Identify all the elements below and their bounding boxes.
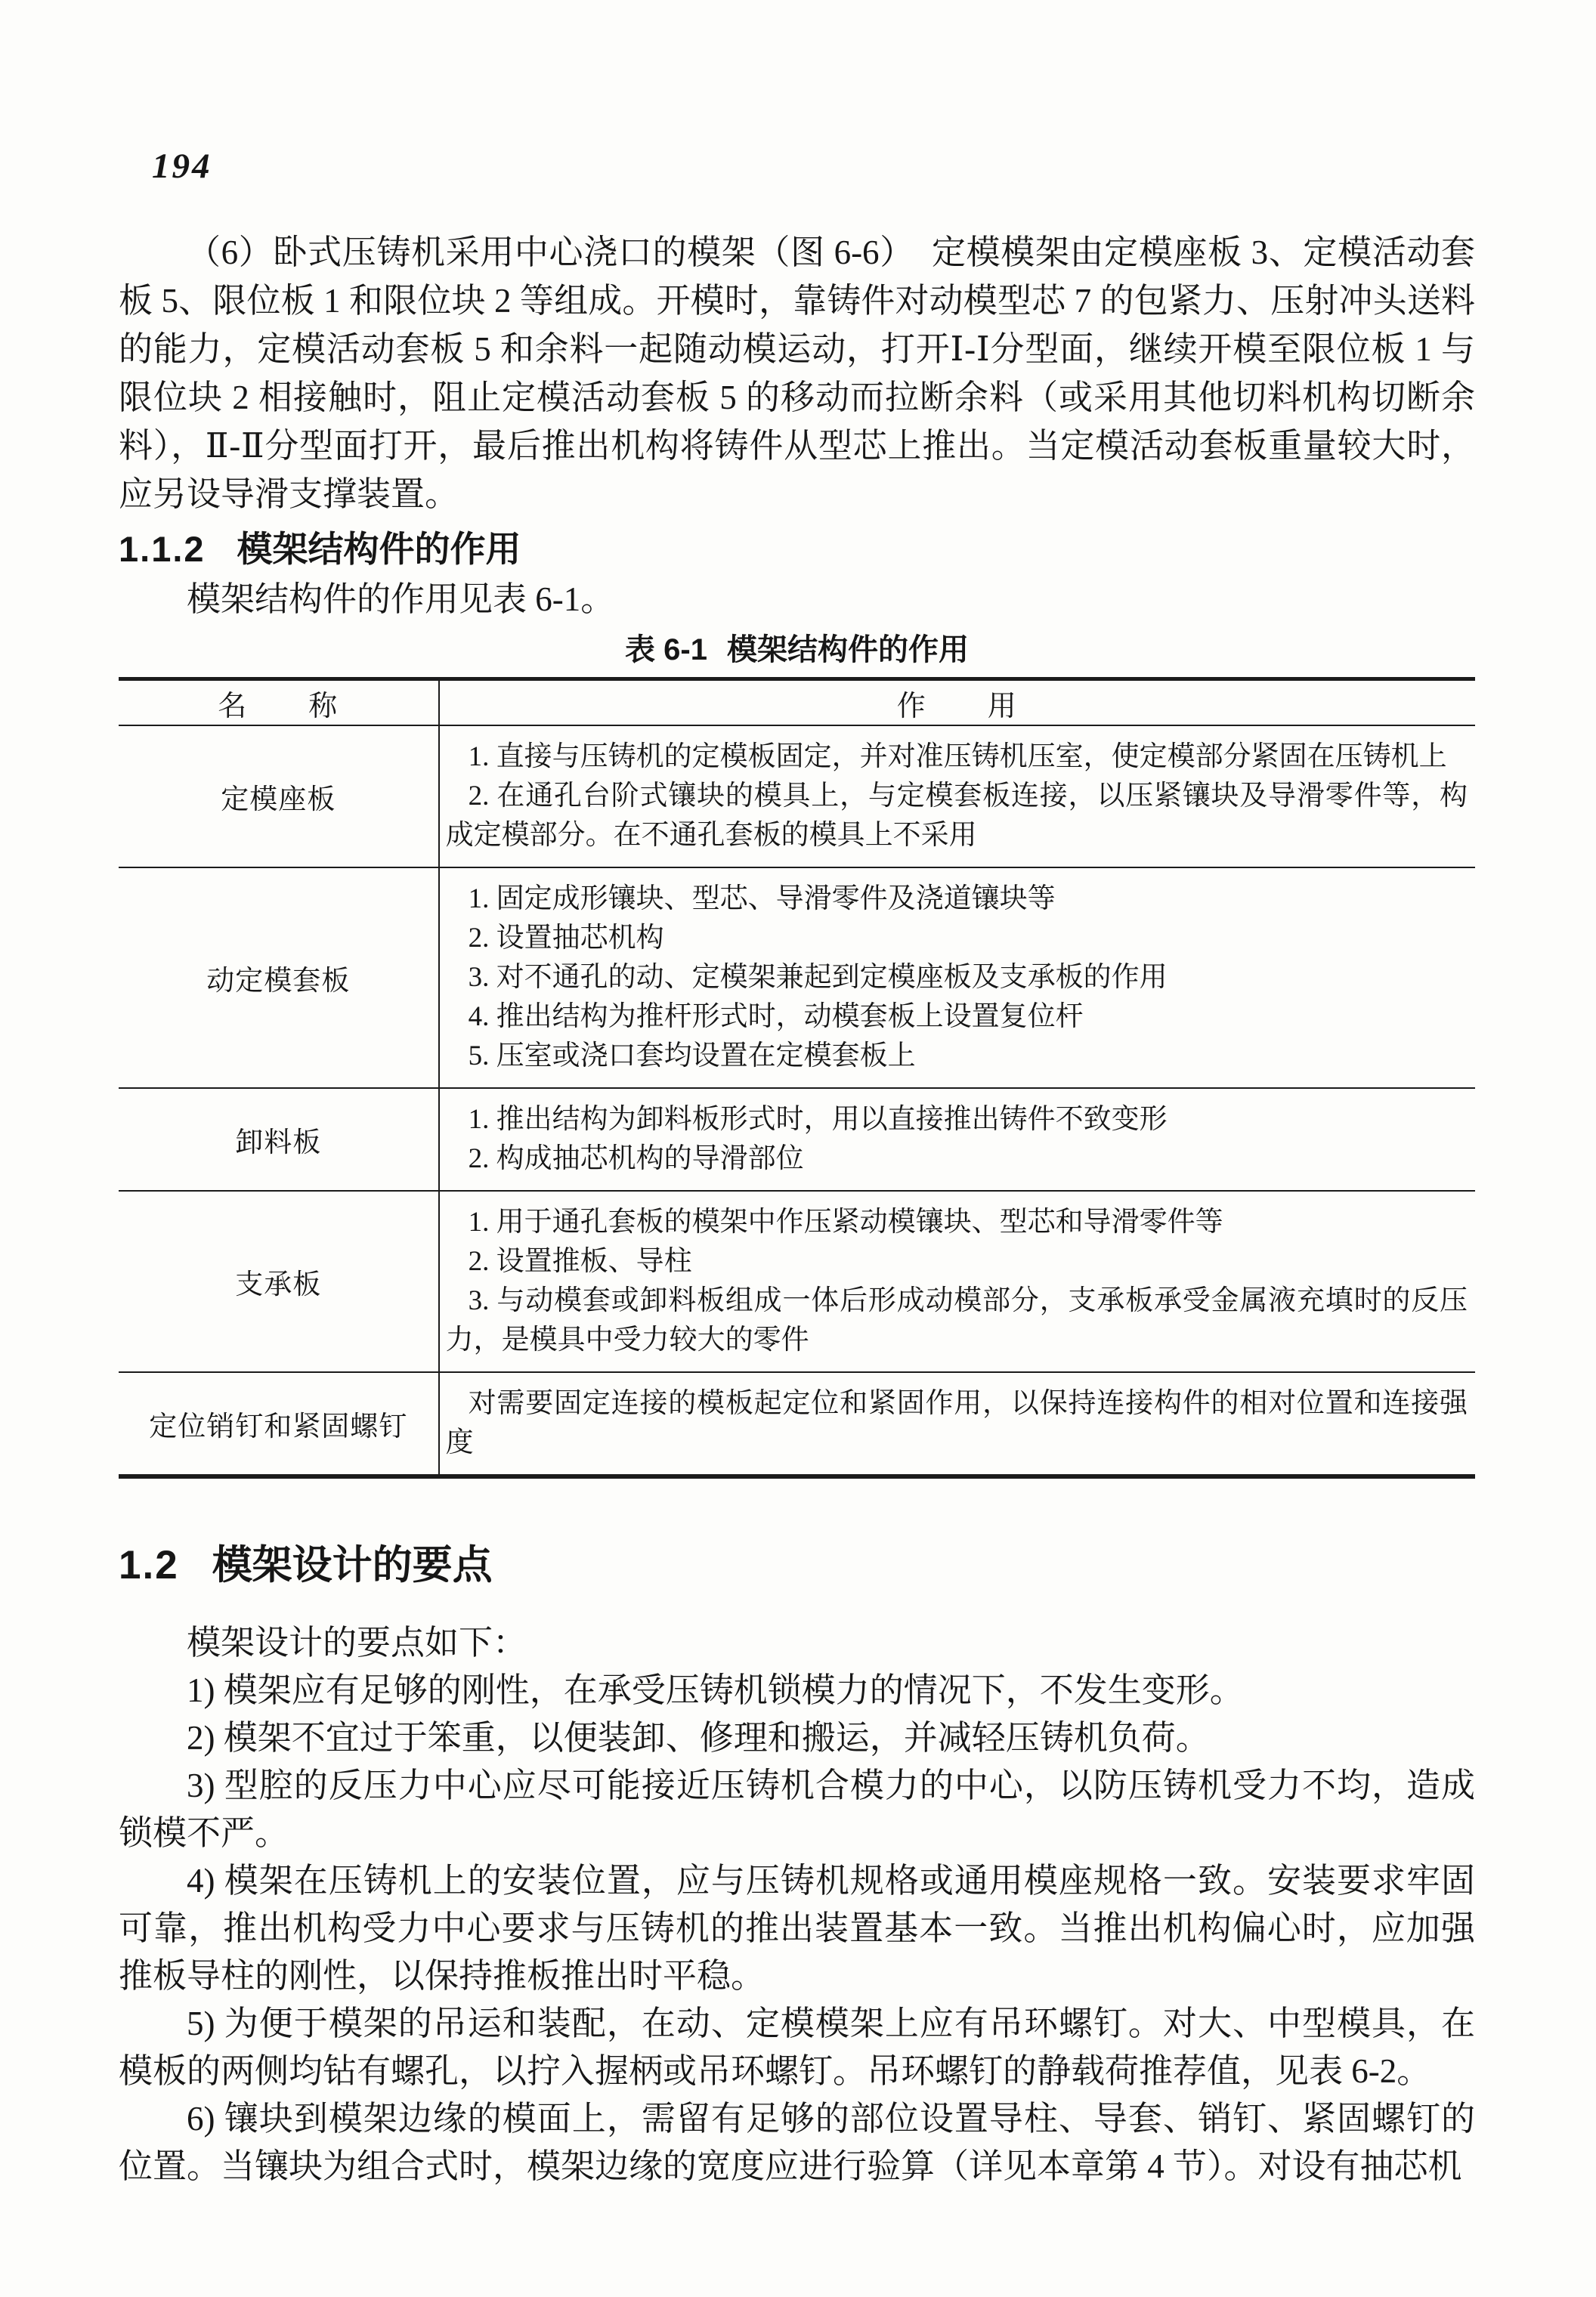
design-points-lead: 模架设计的要点如下： [119, 1619, 1475, 1667]
design-point-4: 4) 模架在压铸机上的安装位置，应与压铸机规格或通用模座规格一致。安装要求牢固可… [119, 1857, 1475, 2000]
row-name: 定位销钉和紧固螺钉 [119, 1372, 439, 1476]
table-caption: 表 6-1模架结构件的作用 [119, 632, 1475, 668]
section-title: 模架设计的要点 [212, 1543, 493, 1587]
item-text: 2. 设置抽芯机构 [446, 919, 1468, 958]
document-page: 194 （6）卧式压铸机采用中心浇口的模架（图 6-6） 定模模架由定模座板 3… [0, 0, 1596, 2297]
section-1-1-2-heading: 1.1.2模架结构件的作用 [119, 527, 1475, 571]
item-text: 2. 在通孔台阶式镶块的模具上，与定模套板连接，以压紧镶块及导滑零件等，构成定模… [446, 777, 1468, 855]
item-text: 1. 用于通孔套板的模架中作压紧动模镶块、型芯和导滑零件等 [446, 1203, 1468, 1242]
item-text: 2. 设置推板、导柱 [446, 1242, 1468, 1281]
row-items: 1. 直接与压铸机的定模板固定，并对准压铸机压室，使定模部分紧固在压铸机上 2.… [439, 725, 1475, 867]
design-point-1: 1) 模架应有足够的刚性，在承受压铸机锁模力的情况下，不发生变形。 [119, 1667, 1475, 1714]
item-text: 1. 直接与压铸机的定模板固定，并对准压铸机压室，使定模部分紧固在压铸机上 [446, 737, 1468, 777]
row-items: 对需要固定连接的模板起定位和紧固作用，以保持连接构件的相对位置和连接强度 [439, 1372, 1475, 1476]
row-items: 1. 推出结构为卸料板形式时，用以直接推出铸件不致变形 2. 构成抽芯机构的导滑… [439, 1088, 1475, 1191]
page-number: 194 [152, 147, 1475, 186]
table-row-stripper-plate: 卸料板 1. 推出结构为卸料板形式时，用以直接推出铸件不致变形 2. 构成抽芯机… [119, 1088, 1475, 1191]
table-caption-title: 模架结构件的作用 [727, 633, 969, 666]
item-text: 5. 压室或浇口套均设置在定模套板上 [446, 1037, 1468, 1076]
intro-paragraph: （6）卧式压铸机采用中心浇口的模架（图 6-6） 定模模架由定模座板 3、定模活… [119, 228, 1475, 518]
section-1-2-heading: 1.2模架设计的要点 [119, 1542, 1475, 1589]
table-row-fixed-mold-seat-plate: 定模座板 1. 直接与压铸机的定模板固定，并对准压铸机压室，使定模部分紧固在压铸… [119, 725, 1475, 867]
row-items: 1. 固定成形镶块、型芯、导滑零件及浇道镶块等 2. 设置抽芯机构 3. 对不通… [439, 867, 1475, 1088]
item-text: 4. 推出结构为推杆形式时，动模套板上设置复位杆 [446, 997, 1468, 1037]
section-title: 模架结构件的作用 [237, 529, 521, 569]
table-caption-label: 表 6-1 [625, 633, 707, 666]
table-header-row: 名 称 作 用 [119, 679, 1475, 726]
row-name: 卸料板 [119, 1088, 439, 1191]
function-column-header: 作 用 [439, 679, 1475, 726]
table-row-dowel-pins-and-screws: 定位销钉和紧固螺钉 对需要固定连接的模板起定位和紧固作用，以保持连接构件的相对位… [119, 1372, 1475, 1476]
item-text: 1. 固定成形镶块、型芯、导滑零件及浇道镶块等 [446, 880, 1468, 919]
item-text: 3. 对不通孔的动、定模架兼起到定模座板及支承板的作用 [446, 958, 1468, 997]
name-column-header: 名 称 [119, 679, 439, 726]
table-row-moving-fixed-sleeve-plate: 动定模套板 1. 固定成形镶块、型芯、导滑零件及浇道镶块等 2. 设置抽芯机构 … [119, 867, 1475, 1088]
table-lead-paragraph: 模架结构件的作用见表 6-1。 [119, 576, 1475, 623]
functions-table: 名 称 作 用 定模座板 1. 直接与压铸机的定模板固定，并对准压铸机压室，使定… [119, 677, 1475, 1479]
design-point-6: 6) 镶块到模架边缘的模面上，需留有足够的部位设置导柱、导套、销钉、紧固螺钉的位… [119, 2095, 1475, 2190]
item-text: 3. 与动模套或卸料板组成一体后形成动模部分，支承板承受金属液充填时的反压力，是… [446, 1281, 1468, 1360]
row-items: 1. 用于通孔套板的模架中作压紧动模镶块、型芯和导滑零件等 2. 设置推板、导柱… [439, 1191, 1475, 1372]
design-point-5: 5) 为便于模架的吊运和装配，在动、定模模架上应有吊环螺钉。对大、中型模具，在模… [119, 2000, 1475, 2095]
design-point-3: 3) 型腔的反压力中心应尽可能接近压铸机合模力的中心，以防压铸机受力不均，造成锁… [119, 1762, 1475, 1857]
section-number: 1.2 [119, 1543, 179, 1587]
table-row-support-plate: 支承板 1. 用于通孔套板的模架中作压紧动模镶块、型芯和导滑零件等 2. 设置推… [119, 1191, 1475, 1372]
row-name: 支承板 [119, 1191, 439, 1372]
item-text: 对需要固定连接的模板起定位和紧固作用，以保持连接构件的相对位置和连接强度 [446, 1384, 1468, 1463]
item-text: 2. 构成抽芯机构的导滑部位 [446, 1139, 1468, 1179]
row-name: 动定模套板 [119, 867, 439, 1088]
row-name: 定模座板 [119, 725, 439, 867]
item-text: 1. 推出结构为卸料板形式时，用以直接推出铸件不致变形 [446, 1100, 1468, 1139]
design-point-2: 2) 模架不宜过于笨重，以便装卸、修理和搬运，并减轻压铸机负荷。 [119, 1714, 1475, 1762]
section-number: 1.1.2 [119, 529, 206, 569]
